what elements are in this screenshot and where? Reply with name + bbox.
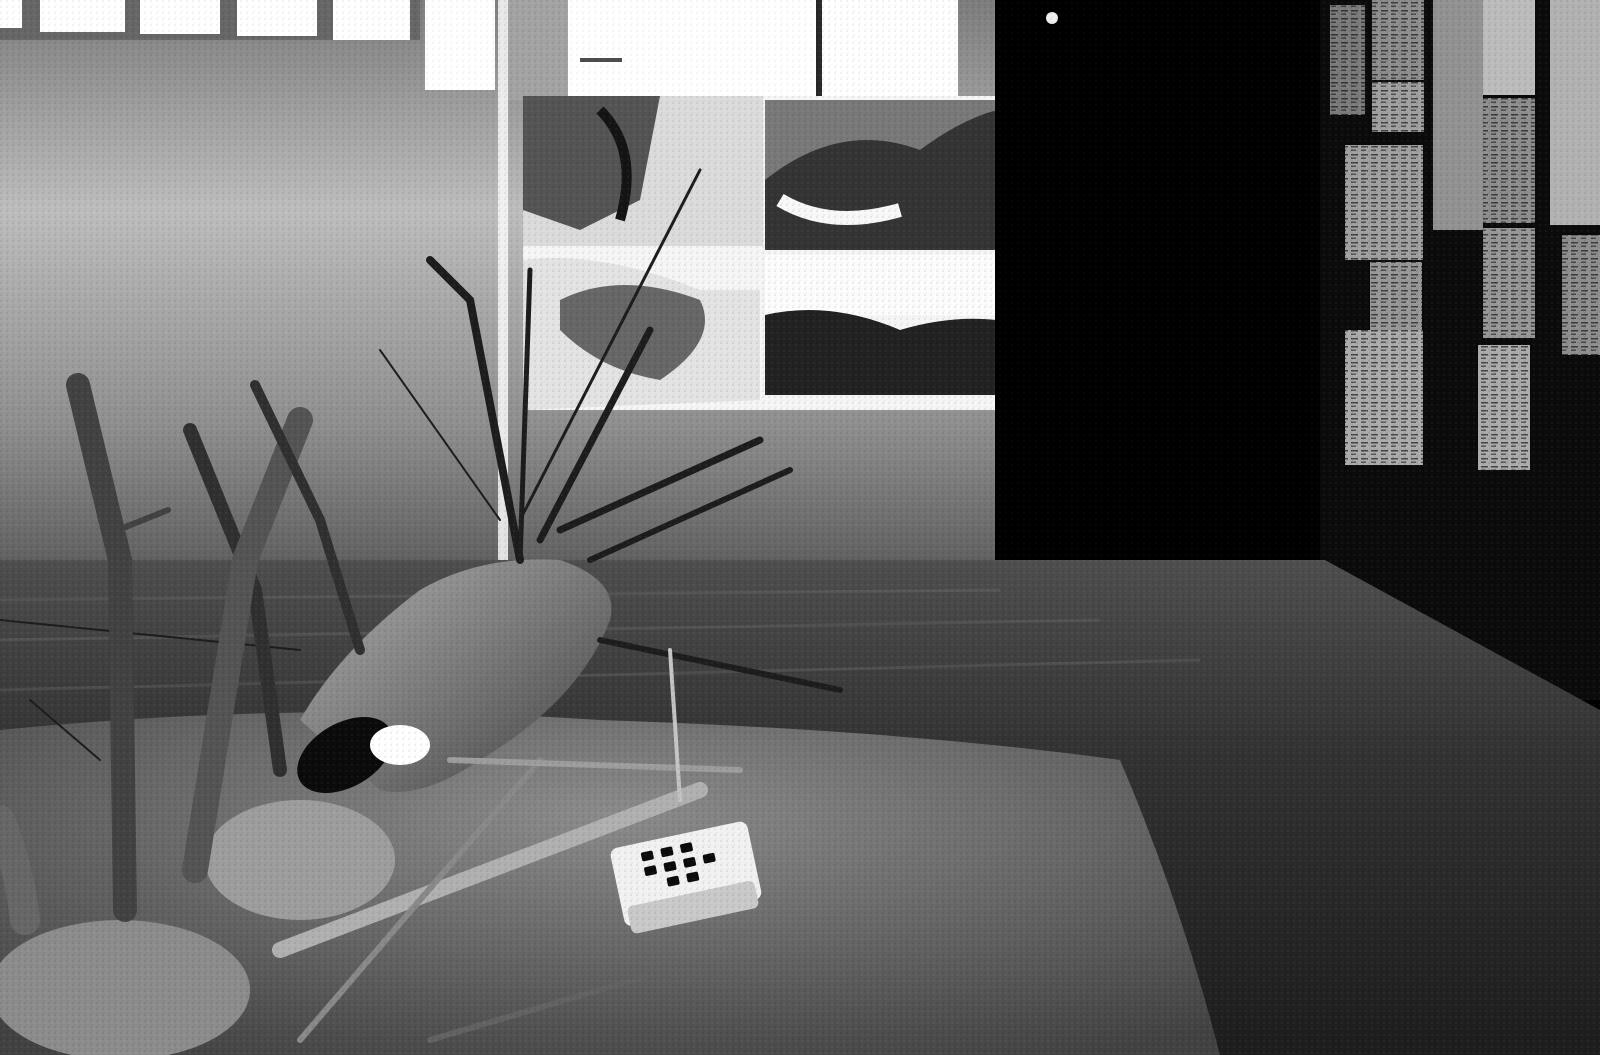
installation-scene <box>0 0 1600 1055</box>
photograph: Black-and-white photograph of a gallery … <box>0 0 1600 1055</box>
film-grain <box>0 0 1600 1055</box>
